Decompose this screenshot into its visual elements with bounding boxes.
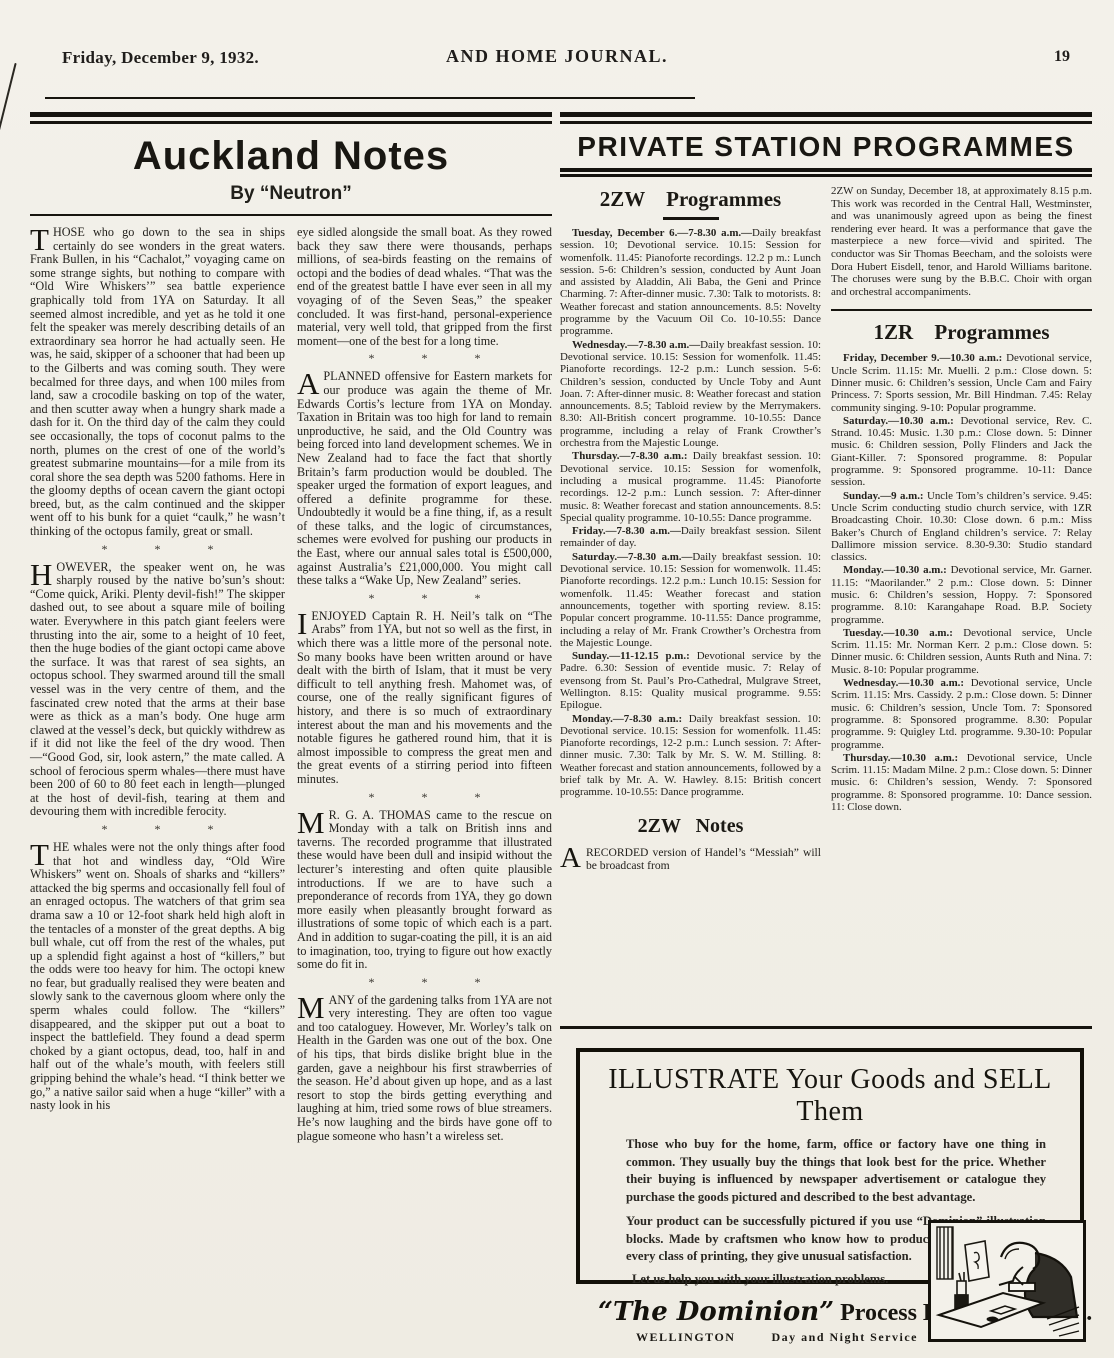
ad-city: WELLINGTON (636, 1330, 735, 1345)
article-paragraph: I ENJOYED Captain R. H. Neil’s talk on “… (297, 610, 552, 787)
zw-day-listing: Tuesday, December 6.—7-8.30 a.m.—Daily b… (560, 227, 821, 338)
day-lead: Monday.—7-8.30 a.m.: (572, 713, 689, 725)
ad-brand-line: “The Dominion” Process Engraving Dept. (598, 1297, 928, 1327)
zr-day-listing: Wednesday.—10.30 a.m.: Devotional servic… (831, 677, 1092, 751)
programmes-section: PRIVATE STATION PROGRAMMES 2ZW Programme… (560, 112, 1092, 1284)
section-divider-rule (831, 309, 1092, 311)
section-separator: * * * (30, 542, 285, 558)
zw-notes-continuation: 2ZW on Sunday, December 18, at approxima… (831, 185, 1092, 298)
ad-headline: ILLUSTRATE Your Goods and SELL Them (592, 1064, 1068, 1128)
zw-day-listing: Thursday.—7-8.30 a.m.: Daily breakfast s… (560, 450, 821, 524)
section-separator: * * * (30, 822, 285, 838)
zr-day-listing: Tuesday.—10.30 a.m.: Devotional service,… (831, 627, 1092, 676)
auckland-notes-section: Auckland Notes By “Neutron” THOSE who go… (30, 112, 552, 1143)
page-number: 19 (1054, 48, 1070, 66)
day-lead: Thursday.—7-8.30 a.m.: (572, 450, 693, 462)
ad-body-paragraph: Those who buy for the home, farm, office… (626, 1136, 1046, 1206)
article-title: Auckland Notes (30, 134, 552, 179)
section-separator: * * * (297, 790, 552, 806)
zw-day-listing: Sunday.—11-12.15 p.m.: Devotional servic… (560, 650, 821, 711)
zr-day-listing: Monday.—10.30 a.m.: Devotional service, … (831, 564, 1092, 625)
section-double-rule (560, 112, 1092, 124)
zr-heading: 1ZR Programmes (831, 320, 1092, 345)
section-double-rule (560, 168, 1092, 177)
day-lead: Saturday.—7-8.30 a.m.— (572, 551, 692, 563)
zw-column: 2ZW Programmes Tuesday, December 6.—7-8.… (560, 185, 821, 1023)
day-lead: Sunday.—9 a.m.: (843, 490, 927, 502)
zr-day-listing: Sunday.—9 a.m.: Uncle Tom’s children’s s… (831, 490, 1092, 564)
masthead: AND HOME JOURNAL. (0, 46, 1114, 67)
article-column-2: eye sidled alongside the small boat. As … (297, 226, 552, 1143)
dominion-brand-name: “The Dominion” (598, 1297, 834, 1327)
day-lead: Friday.—7-8.30 a.m.— (572, 525, 681, 537)
article-paragraph: MANY of the gardening talks from 1YA are… (297, 994, 552, 1144)
scan-artifact (0, 63, 17, 133)
zr-column: 2ZW on Sunday, December 18, at approxima… (831, 185, 1092, 1023)
article-paragraph: THOSE who go down to the sea in ships ce… (30, 226, 285, 539)
zw-day-listing: Saturday.—7-8.30 a.m.—Daily breakfast se… (560, 551, 821, 649)
zw-notes-paragraph: A RECORDED version of Handel’s “Messiah”… (560, 846, 821, 873)
zw-day-listing: Wednesday.—7-8.30 a.m.—Daily breakfast s… (560, 339, 821, 450)
byline-rule (30, 214, 552, 216)
zw-day-listing: Friday.—7-8.30 a.m.—Daily breakfast sess… (560, 525, 821, 550)
heading-rule (663, 217, 719, 220)
engraver-illustration (928, 1220, 1086, 1342)
day-lead: Monday.—10.30 a.m.: (843, 564, 951, 576)
day-detail: Daily breakfast session. 10: Devotional … (560, 713, 821, 799)
zr-day-listing: Saturday.—10.30 a.m.: Devotional service… (831, 415, 1092, 489)
newspaper-page: Friday, December 9, 1932. AND HOME JOURN… (0, 0, 1114, 1358)
day-lead: Sunday.—11-12.15 p.m.: (572, 650, 697, 662)
ad-service: Day and Night Service (772, 1330, 919, 1345)
day-lead: Wednesday.—10.30 a.m.: (843, 677, 971, 689)
bottom-rule (560, 1026, 1092, 1029)
programmes-columns: 2ZW Programmes Tuesday, December 6.—7-8.… (560, 185, 1092, 1023)
article-paragraph: A PLANNED offensive for Eastern markets … (297, 370, 552, 588)
section-separator: * * * (297, 351, 552, 367)
zw-heading: 2ZW Programmes (560, 187, 821, 212)
day-detail: Daily breakfast session. 10: Devotional … (560, 551, 821, 649)
section-separator: * * * (297, 975, 552, 991)
article-paragraph: MR. G. A. THOMAS came to the rescue on M… (297, 809, 552, 972)
day-lead: Tuesday.—10.30 a.m.: (843, 627, 963, 639)
article-paragraph: HOWEVER, the speaker went on, he was sha… (30, 561, 285, 819)
day-lead: Wednesday.—7-8.30 a.m.— (572, 339, 700, 351)
spacer (831, 345, 1092, 352)
article-column-1: THOSE who go down to the sea in ships ce… (30, 226, 285, 1143)
dominion-engraving-ad: ILLUSTRATE Your Goods and SELL Them Thos… (576, 1048, 1084, 1284)
article-byline: By “Neutron” (30, 183, 552, 205)
day-lead: Saturday.—10.30 a.m.: (843, 415, 960, 427)
section-double-rule (30, 112, 552, 124)
article-paragraph: THE whales were not the only things afte… (30, 841, 285, 1113)
day-lead: Tuesday, December 6.—7-8.30 a.m.— (572, 227, 752, 239)
ad-sub-row: WELLINGTON Day and Night Service (636, 1330, 918, 1345)
day-detail: Daily breakfast session. 10; Devotional … (560, 227, 821, 337)
zr-day-listing: Friday, December 9.—10.30 a.m.: Devotion… (831, 352, 1092, 413)
day-lead: Friday, December 9.—10.30 a.m.: (843, 352, 1006, 364)
day-lead: Thursday.—10.30 a.m.: (843, 752, 967, 764)
zw-notes-heading: 2ZW Notes (560, 815, 821, 838)
article-columns: THOSE who go down to the sea in ships ce… (30, 226, 552, 1143)
header-rule (45, 97, 695, 99)
zw-day-listing: Monday.—7-8.30 a.m.: Daily breakfast ses… (560, 713, 821, 799)
programmes-title: PRIVATE STATION PROGRAMMES (560, 131, 1092, 163)
day-detail: Daily breakfast session. 10: Devotional … (560, 339, 821, 449)
article-paragraph-continuation: eye sidled alongside the small boat. As … (297, 226, 552, 348)
section-separator: * * * (297, 591, 552, 607)
zr-day-listing: Thursday.—10.30 a.m.: Devotional service… (831, 752, 1092, 813)
